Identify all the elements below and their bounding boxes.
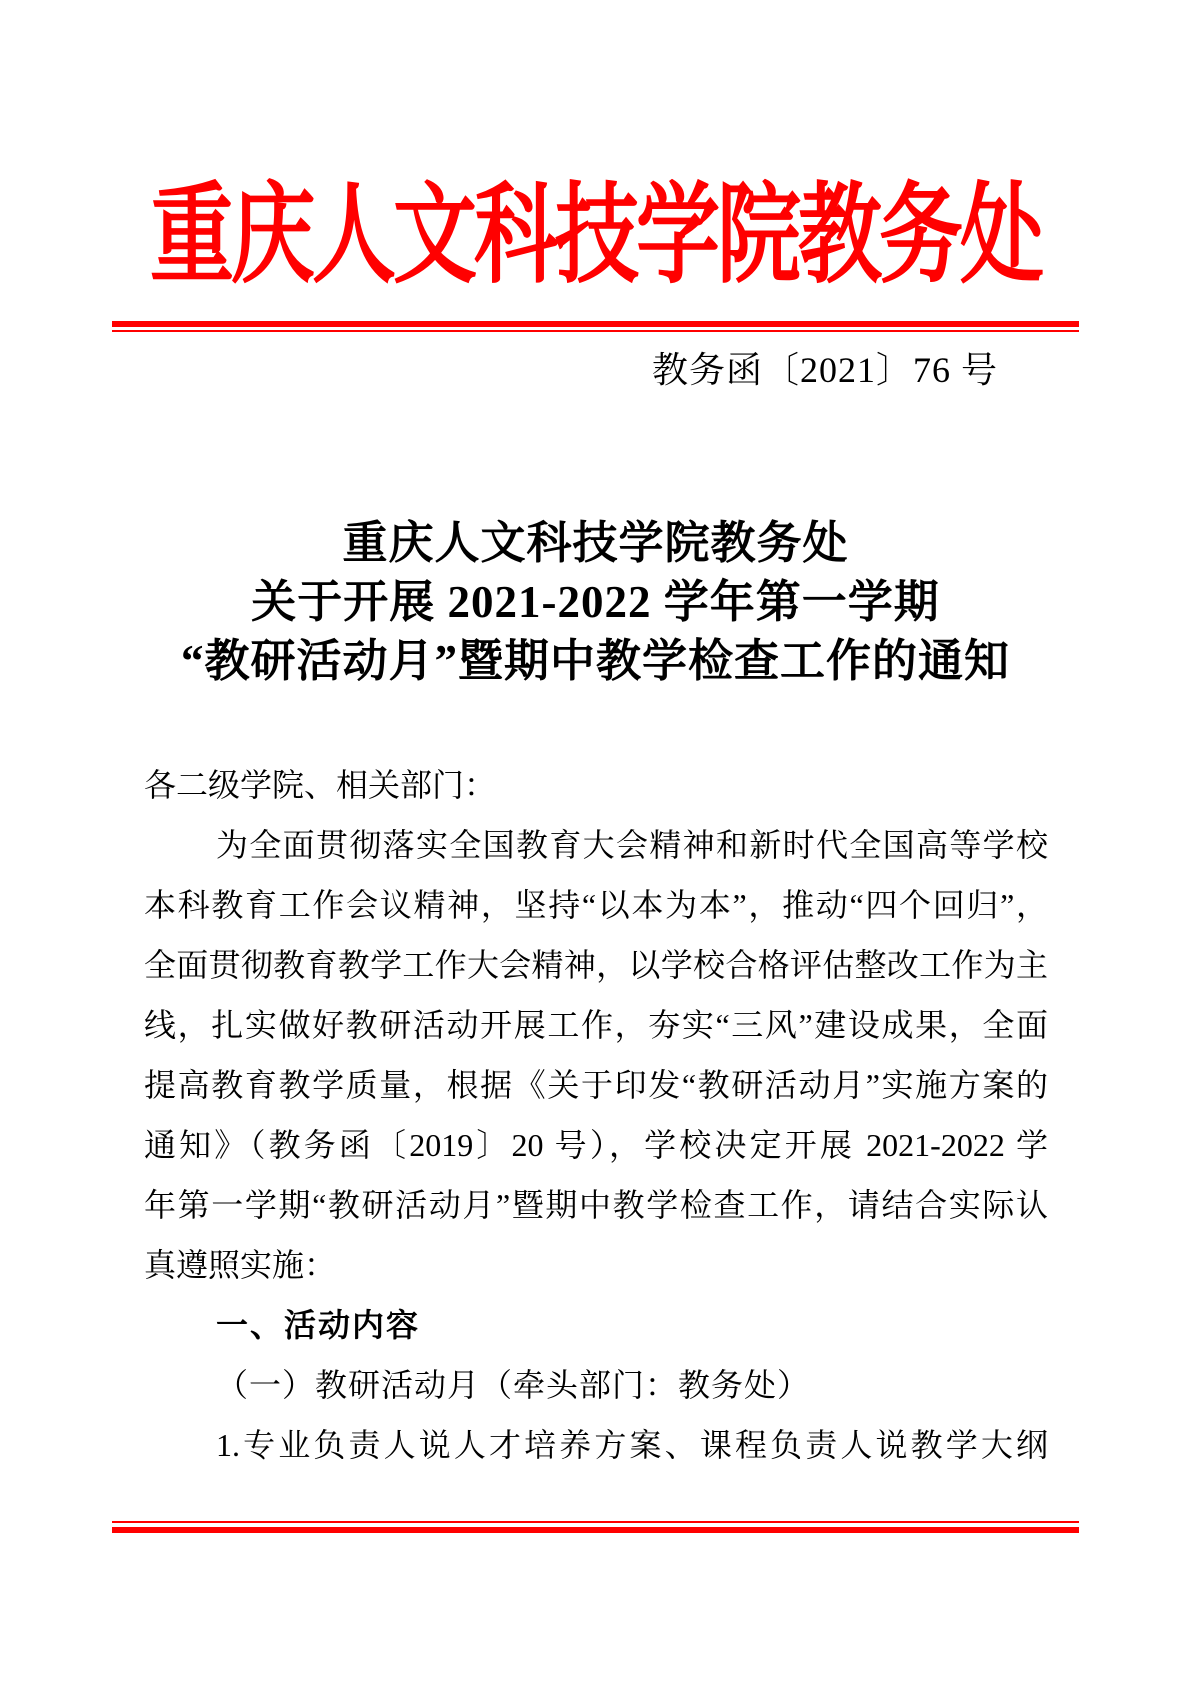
list-item: 1.专业负责人说人才培养方案、课程负责人说教学大纲 — [144, 1415, 1048, 1475]
title-line-3: “教研活动月”暨期中教学检查工作的通知 — [0, 632, 1191, 691]
red-separator-top-thin — [112, 330, 1079, 332]
document-body: 各二级学院、相关部门： 为全面贯彻落实全国教育大会精神和新时代全国高等学校 本科… — [144, 755, 1048, 1475]
document-number: 教务函〔2021〕76 号 — [652, 342, 998, 393]
document-title: 重庆人文科技学院教务处 关于开展 2021-2022 学年第一学期 “教研活动月… — [0, 514, 1191, 691]
body-line: 本科教育工作会议精神，坚持“以本为本”，推动“四个回归”， — [144, 875, 1048, 935]
title-line-1: 重庆人文科技学院教务处 — [0, 514, 1191, 573]
body-line: 为全面贯彻落实全国教育大会精神和新时代全国高等学校 — [144, 815, 1048, 875]
red-separator-bottom-thick — [112, 1527, 1079, 1533]
body-line: 通知》（教务函〔2019〕20 号），学校决定开展 2021-2022 学 — [144, 1115, 1048, 1175]
subsection-heading: （一）教研活动月（牵头部门：教务处） — [144, 1355, 1048, 1415]
body-line: 提高教育教学质量，根据《关于印发“教研活动月”实施方案的 — [144, 1055, 1048, 1115]
title-line-2: 关于开展 2021-2022 学年第一学期 — [0, 573, 1191, 632]
body-line: 全面贯彻教育教学工作大会精神，以学校合格评估整改工作为主 — [144, 935, 1048, 995]
body-line: 线，扎实做好教研活动开展工作，夯实“三风”建设成果，全面 — [144, 995, 1048, 1055]
document-page: 重庆人文科技学院教务处 教务函〔2021〕76 号 重庆人文科技学院教务处 关于… — [0, 0, 1191, 1684]
agency-masthead: 重庆人文科技学院教务处 — [0, 158, 1191, 294]
red-separator-top-thick — [112, 321, 1079, 327]
salutation: 各二级学院、相关部门： — [144, 755, 1048, 815]
body-line: 年第一学期“教研活动月”暨期中教学检查工作，请结合实际认 — [144, 1175, 1048, 1235]
red-separator-bottom-thin — [112, 1521, 1079, 1523]
agency-masthead-text: 重庆人文科技学院教务处 — [150, 147, 1041, 304]
section-heading: 一、活动内容 — [144, 1295, 1048, 1355]
body-line: 真遵照实施： — [144, 1235, 1048, 1295]
